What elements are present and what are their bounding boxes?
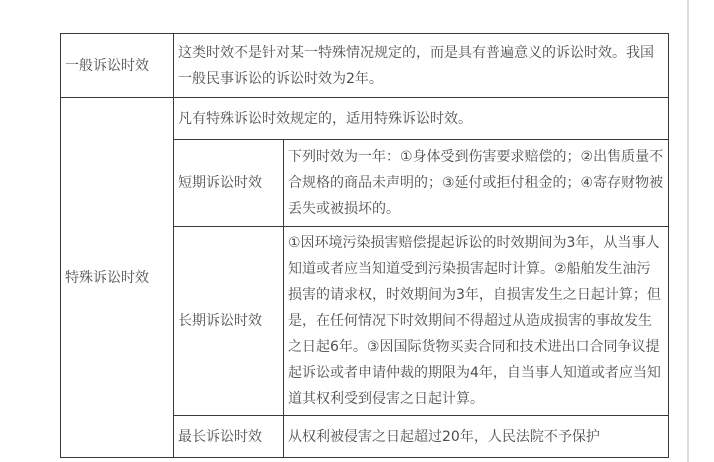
short-term-limitation-label: 短期诉讼时效: [174, 140, 284, 227]
special-limitation-label: 特殊诉讼时效: [61, 98, 174, 458]
longest-limitation-label: 最长诉讼时效: [174, 416, 284, 458]
general-limitation-label: 一般诉讼时效: [61, 34, 174, 98]
special-limitation-intro: 凡有特殊诉讼时效规定的，适用特殊诉讼时效。: [174, 98, 669, 140]
limitation-period-table: 一般诉讼时效 这类时效不是针对某一特殊情况规定的，而是具有普遍意义的诉讼时效。我…: [60, 33, 669, 458]
longest-limitation-content: 从权利被侵害之日起超过20年，人民法院不予保护: [284, 416, 669, 458]
general-limitation-content: 这类时效不是针对某一特殊情况规定的，而是具有普遍意义的诉讼时效。我国一般民事诉讼…: [174, 34, 669, 98]
long-term-limitation-content: ①因环境污染损害赔偿提起诉讼的时效期间为3年，从当事人知道或者应当知道受到污染损…: [284, 227, 669, 416]
page: 一般诉讼时效 这类时效不是针对某一特殊情况规定的，而是具有普遍意义的诉讼时效。我…: [0, 0, 714, 462]
content-edge-divider: [687, 0, 689, 462]
short-term-limitation-content: 下列时效为一年：①身体受到伤害要求赔偿的；②出售质量不合规格的商品未声明的；③延…: [284, 140, 669, 227]
table-row: 特殊诉讼时效 凡有特殊诉讼时效规定的，适用特殊诉讼时效。: [61, 98, 669, 140]
long-term-limitation-label: 长期诉讼时效: [174, 227, 284, 416]
table-row: 一般诉讼时效 这类时效不是针对某一特殊情况规定的，而是具有普遍意义的诉讼时效。我…: [61, 34, 669, 98]
